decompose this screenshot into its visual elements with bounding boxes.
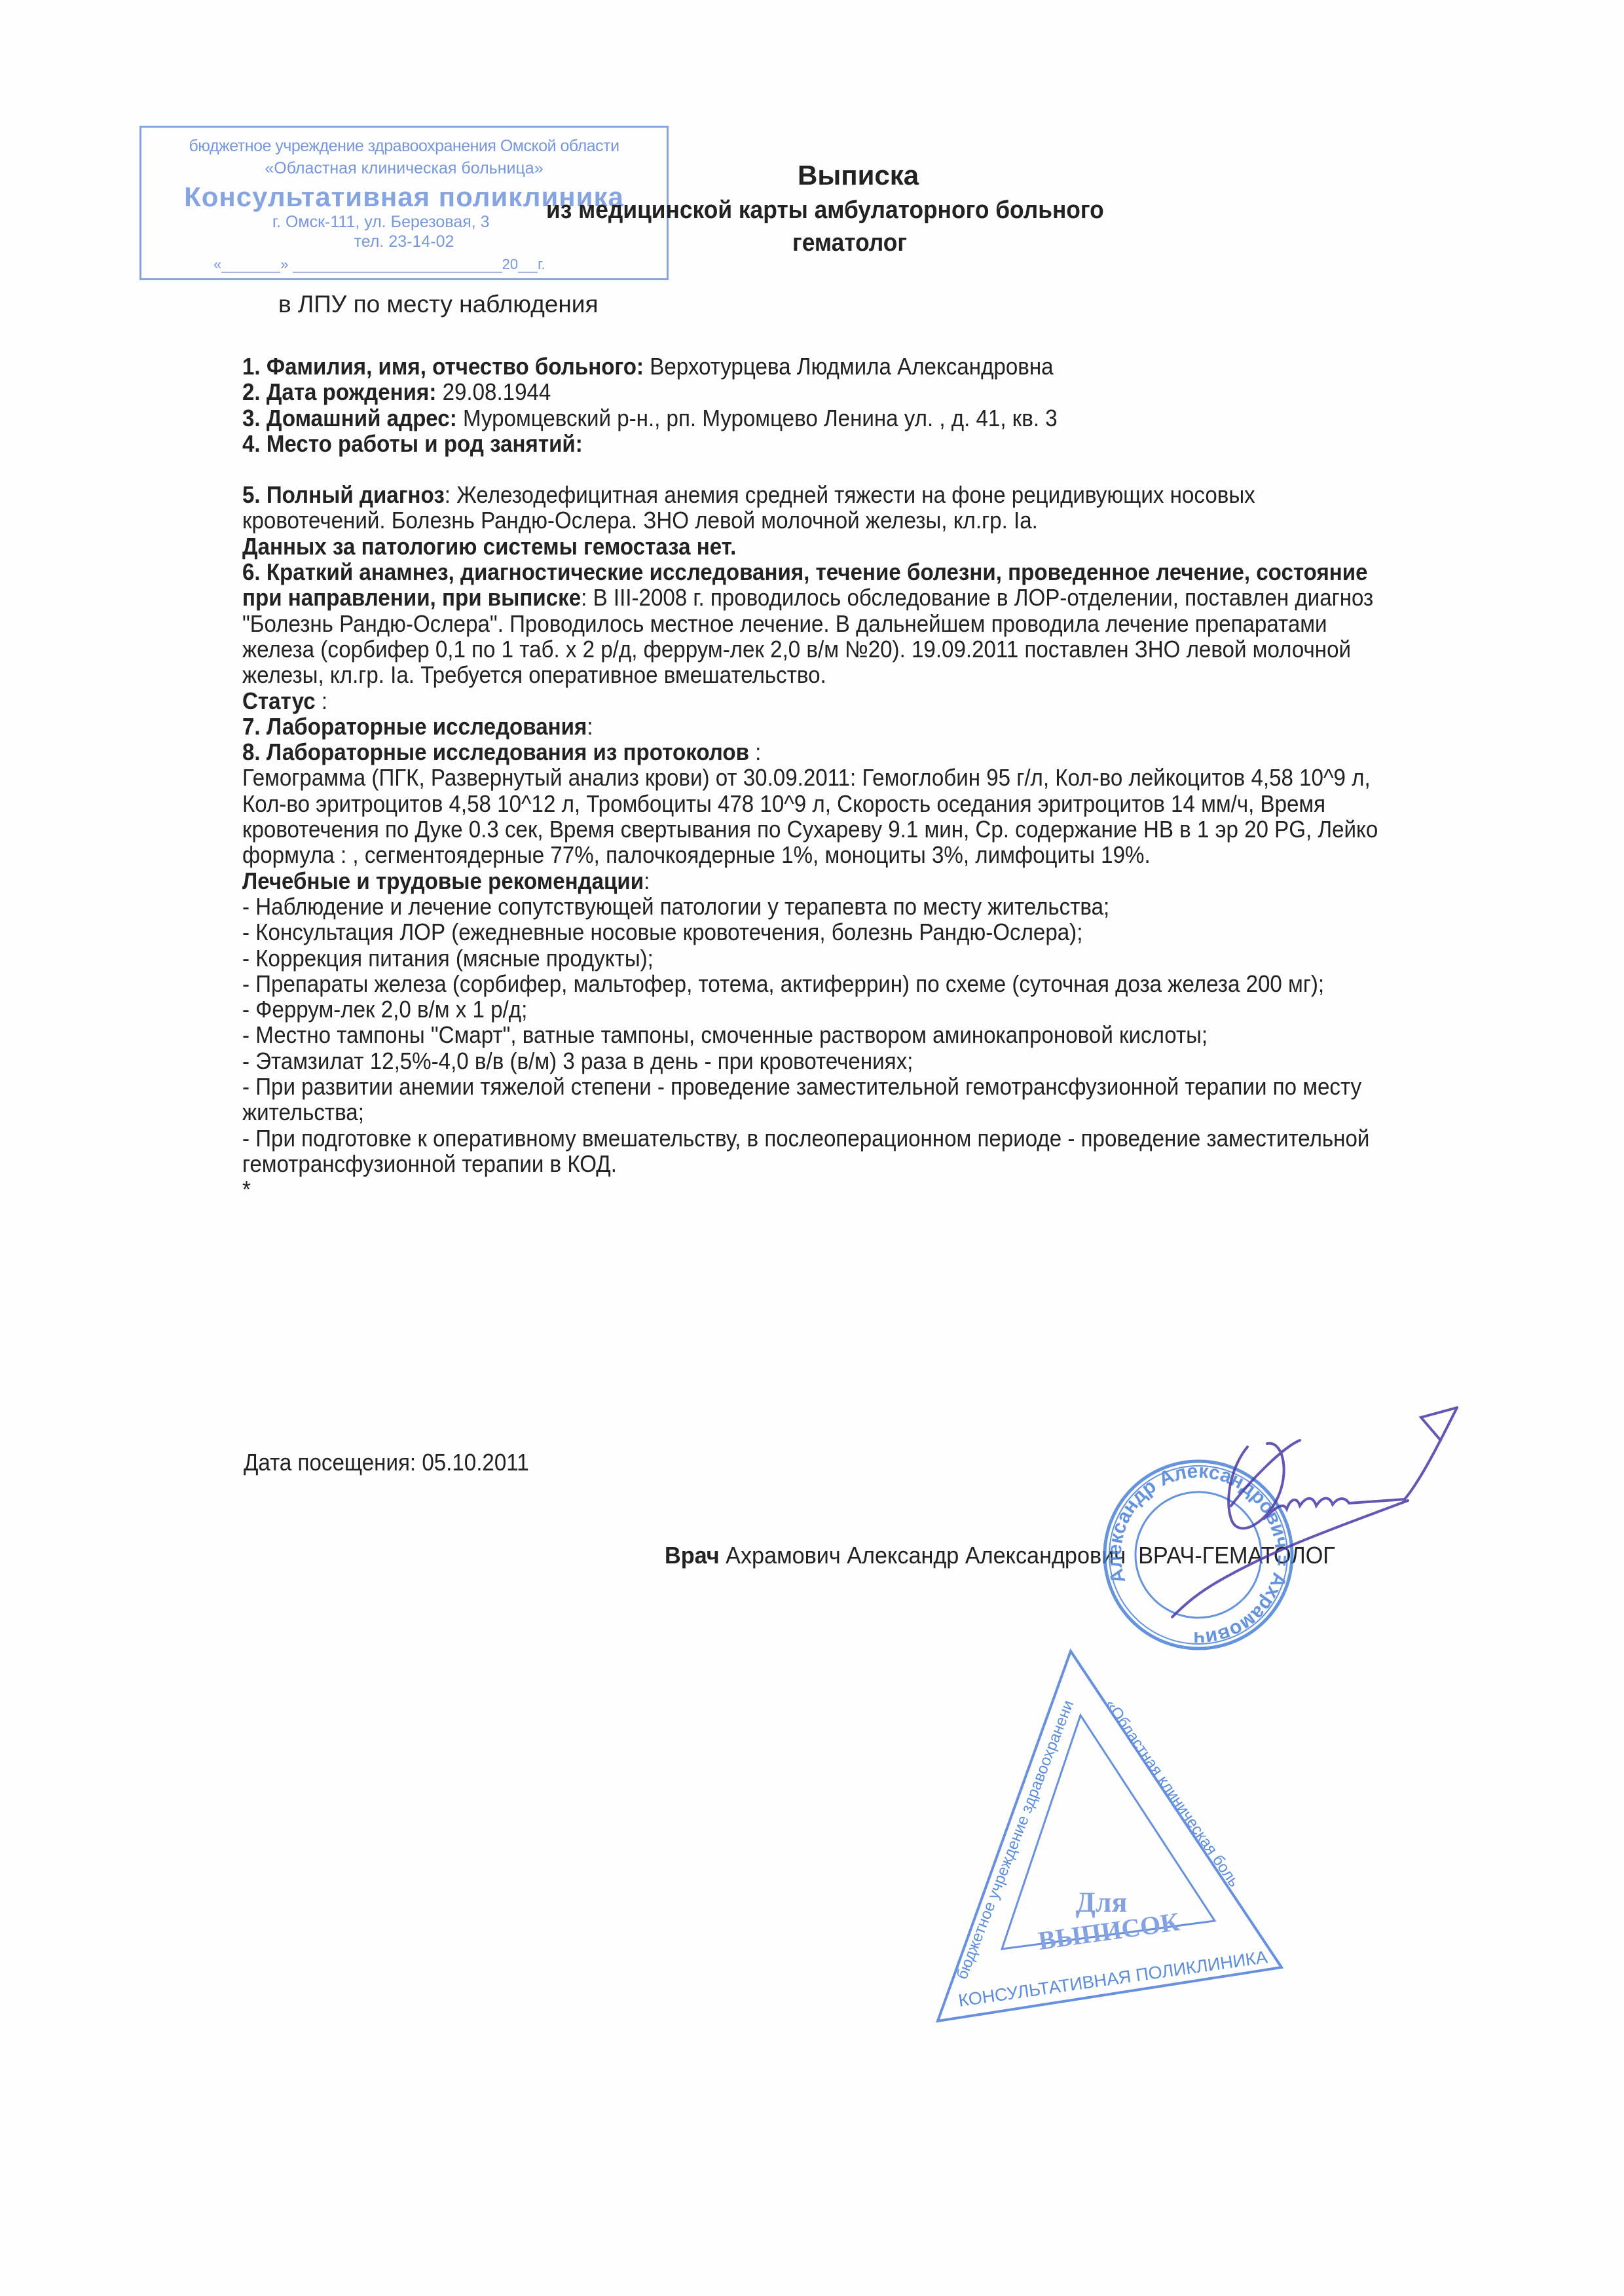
stamp-phone: тел. 23-14-02 [141,232,667,251]
doctor-label: Врач [665,1542,720,1569]
triangle-center-line1: Для [1076,1886,1128,1918]
field-full-name: 1. Фамилия, имя, отчество больного: Верх… [242,354,1447,379]
document-subtitle: из медицинской карты амбулаторного больн… [546,196,1104,225]
section-diagnosis: 5. Полный диагноз: Железодефицитная анем… [242,482,1387,534]
stamp-hospital-line: «Областная клиническая больница» [141,159,667,178]
field-address: 3. Домашний адрес: Муромцевский р-н., рп… [242,405,1447,431]
doctor-line: Врач Ахрамович Александр Александрович В… [665,1542,1335,1569]
recommendation-item: - Консультация ЛОР (ежедневные носовые к… [242,919,1435,945]
recipient-line: в ЛПУ по месту наблюдения [278,291,599,318]
spacer [242,456,1447,482]
field-birth-date: 2. Дата рождения: 29.08.1944 [242,379,1447,405]
section-status: Статус : [242,688,1447,714]
lab-protocols-separator: : [749,738,761,765]
triangle-center-line2: выписок [1036,1906,1181,1956]
status-separator: : [316,687,327,714]
stamp-address: г. Омск-111, ул. Березовая, 3 [272,213,490,232]
recommendation-item: - При подготовке к оперативному вмешател… [242,1125,1399,1177]
recommendation-item: - При развитии анемии тяжелой степени - … [242,1074,1375,1125]
section-lab: 7. Лабораторные исследования: [242,714,1447,739]
visit-date-value: 05.10.2011 [422,1449,528,1476]
field-work: 4. Место работы и род занятий: [242,431,1447,456]
lab-protocols-label: 8. Лабораторные исследования из протокол… [242,738,749,765]
lab-separator: : [587,713,593,740]
stamp-date-year: 20 [502,256,518,272]
document-page: бюджетное учреждение здравоохранения Омс… [0,0,1624,2296]
diagnosis-separator: : [445,481,451,508]
full-name-value: Верхотурцева Людмила Александровна [650,353,1053,380]
stamp-year-suffix: г. [538,256,545,272]
document-title: Выписка [798,160,919,191]
doctor-title: ВРАЧ-ГЕМАТОЛОГ [1138,1542,1335,1569]
document-body: 1. Фамилия, имя, отчество больного: Верх… [242,354,1447,1203]
recommendation-item: - Коррекция питания (мясные продукты); [242,945,1435,971]
diagnosis-note: Данных за патологию системы гемостаза не… [242,534,1447,559]
doctor-name: Ахрамович Александр Александрович [726,1542,1126,1569]
stamp-date-field: «» 20г. [213,256,545,273]
stamp-institution-line: бюджетное учреждение здравоохранения Омс… [141,137,667,156]
stamp-month-blank [293,272,502,273]
recommendation-item: - Феррум-лек 2,0 в/м х 1 р/д; [242,996,1435,1022]
visit-date-label: Дата посещения: [244,1449,416,1476]
recommendation-item: - Наблюдение и лечение сопутствующей пат… [242,894,1435,919]
birth-date-label: 2. Дата рождения: [242,378,436,405]
address-label: 3. Домашний адрес: [242,405,457,431]
stamp-date-open-quote: « [213,256,221,272]
recommendation-item: - Препараты железа (сорбифер, мальтофер,… [242,971,1435,996]
recommendation-item: - Этамзилат 12,5%-4,0 в/в (в/м) 3 раза в… [242,1048,1435,1074]
anamnesis-separator: : [581,584,587,611]
asterisk-mark: * [242,1176,1447,1202]
visit-date-line: Дата посещения: 05.10.2011 [244,1449,529,1476]
section-anamnesis: 6. Краткий анамнез, диагностические иссл… [242,559,1399,687]
triangle-bottom-text: КОНСУЛЬТАТИВНАЯ ПОЛИКЛИНИКА [957,1947,1269,2011]
recommendations-label: Лечебные и трудовые рекомендации [242,867,644,894]
lab-label: 7. Лабораторные исследования [242,713,587,740]
lab-protocols-text: Гемограмма (ПГК, Развернутый анализ кров… [242,765,1399,867]
stamp-day-blank [221,272,280,273]
stamp-year-blank [518,272,538,273]
address-value: Муромцевский р-н., рп. Муромцево Ленина … [463,405,1058,431]
document-specialty: гематолог [792,229,907,257]
recommendations-separator: : [644,867,650,894]
diagnosis-label: 5. Полный диагноз [242,481,445,508]
birth-date-value: 29.08.1944 [443,378,551,405]
full-name-label: 1. Фамилия, имя, отчество больного: [242,353,644,380]
section-recommendations: Лечебные и трудовые рекомендации: [242,868,1447,894]
status-label: Статус [242,687,316,714]
section-lab-protocols: 8. Лабораторные исследования из протокол… [242,739,1447,765]
stamp-date-close-quote: » [280,256,288,272]
recommendation-item: - Местно тампоны "Смарт", ватные тампоны… [242,1022,1435,1048]
work-label: 4. Место работы и род занятий: [242,430,583,457]
